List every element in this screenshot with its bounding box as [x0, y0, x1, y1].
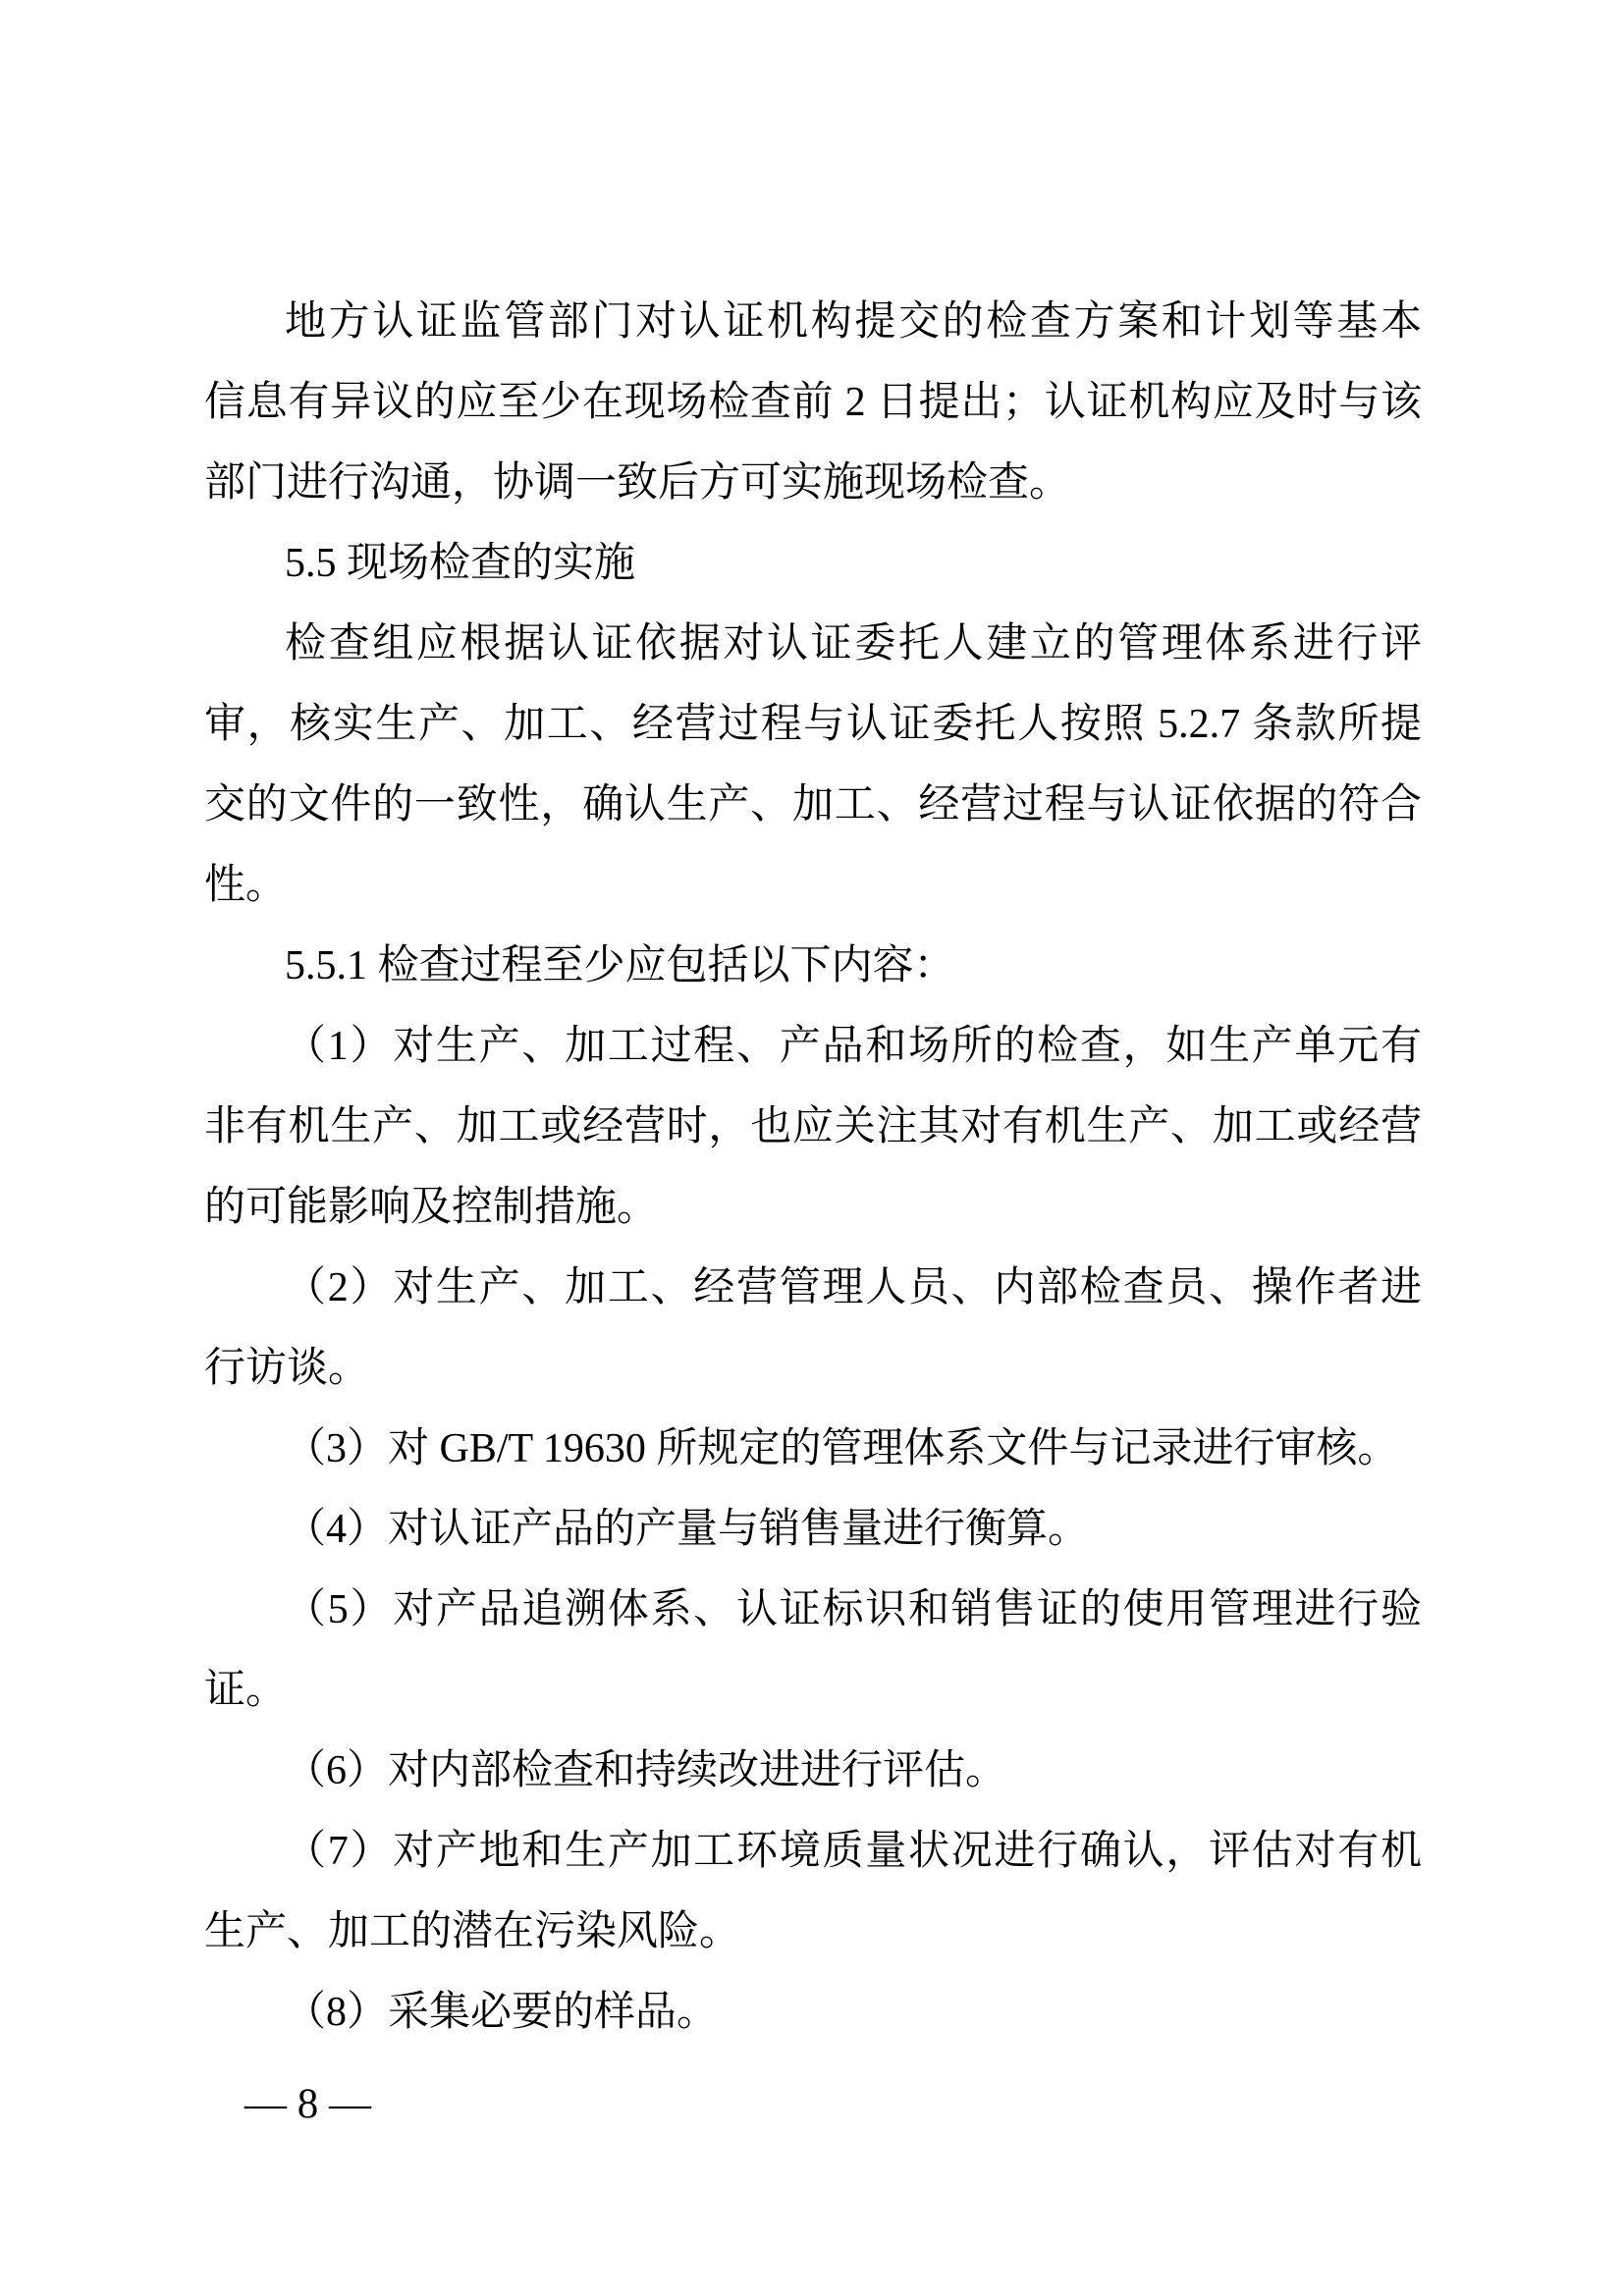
page-footer: — 8 — — [244, 2083, 371, 2125]
text-line: （1）对生产、加工过程、产品和场所的检查，如生产单元有 — [204, 1006, 1422, 1087]
paragraph-local-authority-objection: 地方认证监管部门对认证机构提交的检查方案和计划等基本 信息有异议的应至少在现场检… — [204, 282, 1422, 523]
text-line: 生产、加工的潜在污染风险。 — [204, 1892, 1422, 1972]
section-heading-5-5: 5.5 现场检查的实施 — [204, 523, 1422, 604]
text-line: （5）对产品追溯体系、认证标识和销售证的使用管理进行验 — [204, 1570, 1422, 1650]
list-item-7: （7）对产地和生产加工环境质量状况进行确认，评估对有机 生产、加工的潜在污染风险… — [204, 1811, 1422, 1972]
list-item-3: （3）对 GB/T 19630 所规定的管理体系文件与记录进行审核。 — [204, 1409, 1422, 1489]
document-page: { "document": { "language": "zh-CN", "co… — [0, 0, 1624, 2296]
text-line: 部门进行沟通，协调一致后方可实施现场检查。 — [204, 443, 1422, 523]
list-item-5: （5）对产品追溯体系、认证标识和销售证的使用管理进行验 证。 — [204, 1570, 1422, 1731]
text-line: （4）对认证产品的产量与销售量进行衡算。 — [204, 1489, 1422, 1570]
text-line: 行访谈。 — [204, 1328, 1422, 1409]
text-line: 证。 — [204, 1650, 1422, 1731]
text-line: （3）对 GB/T 19630 所规定的管理体系文件与记录进行审核。 — [204, 1409, 1422, 1489]
document-body: 地方认证监管部门对认证机构提交的检查方案和计划等基本 信息有异议的应至少在现场检… — [204, 282, 1422, 2053]
section-heading-5-5-1: 5.5.1 检查过程至少应包括以下内容： — [204, 926, 1422, 1006]
text-line: 的可能影响及控制措施。 — [204, 1167, 1422, 1248]
heading-line: 5.5 现场检查的实施 — [204, 523, 1422, 604]
text-line: （2）对生产、加工、经营管理人员、内部检查员、操作者进 — [204, 1248, 1422, 1328]
text-line: （7）对产地和生产加工环境质量状况进行确认，评估对有机 — [204, 1811, 1422, 1892]
text-line: 信息有异议的应至少在现场检查前 2 日提出；认证机构应及时与该 — [204, 362, 1422, 443]
list-item-1: （1）对生产、加工过程、产品和场所的检查，如生产单元有 非有机生产、加工或经营时… — [204, 1006, 1422, 1248]
text-line: 交的文件的一致性，确认生产、加工、经营过程与认证依据的符合 — [204, 765, 1422, 845]
text-line: 检查组应根据认证依据对认证委托人建立的管理体系进行评 — [204, 604, 1422, 684]
list-item-8: （8）采集必要的样品。 — [204, 1972, 1422, 2053]
text-line: 性。 — [204, 845, 1422, 926]
text-line: （6）对内部检查和持续改进进行评估。 — [204, 1731, 1422, 1811]
heading-line: 5.5.1 检查过程至少应包括以下内容： — [204, 926, 1422, 1006]
list-item-6: （6）对内部检查和持续改进进行评估。 — [204, 1731, 1422, 1811]
text-line: （8）采集必要的样品。 — [204, 1972, 1422, 2053]
page-number: — 8 — — [244, 2081, 371, 2127]
paragraph-inspection-team: 检查组应根据认证依据对认证委托人建立的管理体系进行评 审，核实生产、加工、经营过… — [204, 604, 1422, 926]
text-line: 非有机生产、加工或经营时，也应关注其对有机生产、加工或经营 — [204, 1087, 1422, 1167]
text-line: 地方认证监管部门对认证机构提交的检查方案和计划等基本 — [204, 282, 1422, 362]
text-line: 审，核实生产、加工、经营过程与认证委托人按照 5.2.7 条款所提 — [204, 684, 1422, 765]
list-item-2: （2）对生产、加工、经营管理人员、内部检查员、操作者进 行访谈。 — [204, 1248, 1422, 1409]
list-item-4: （4）对认证产品的产量与销售量进行衡算。 — [204, 1489, 1422, 1570]
